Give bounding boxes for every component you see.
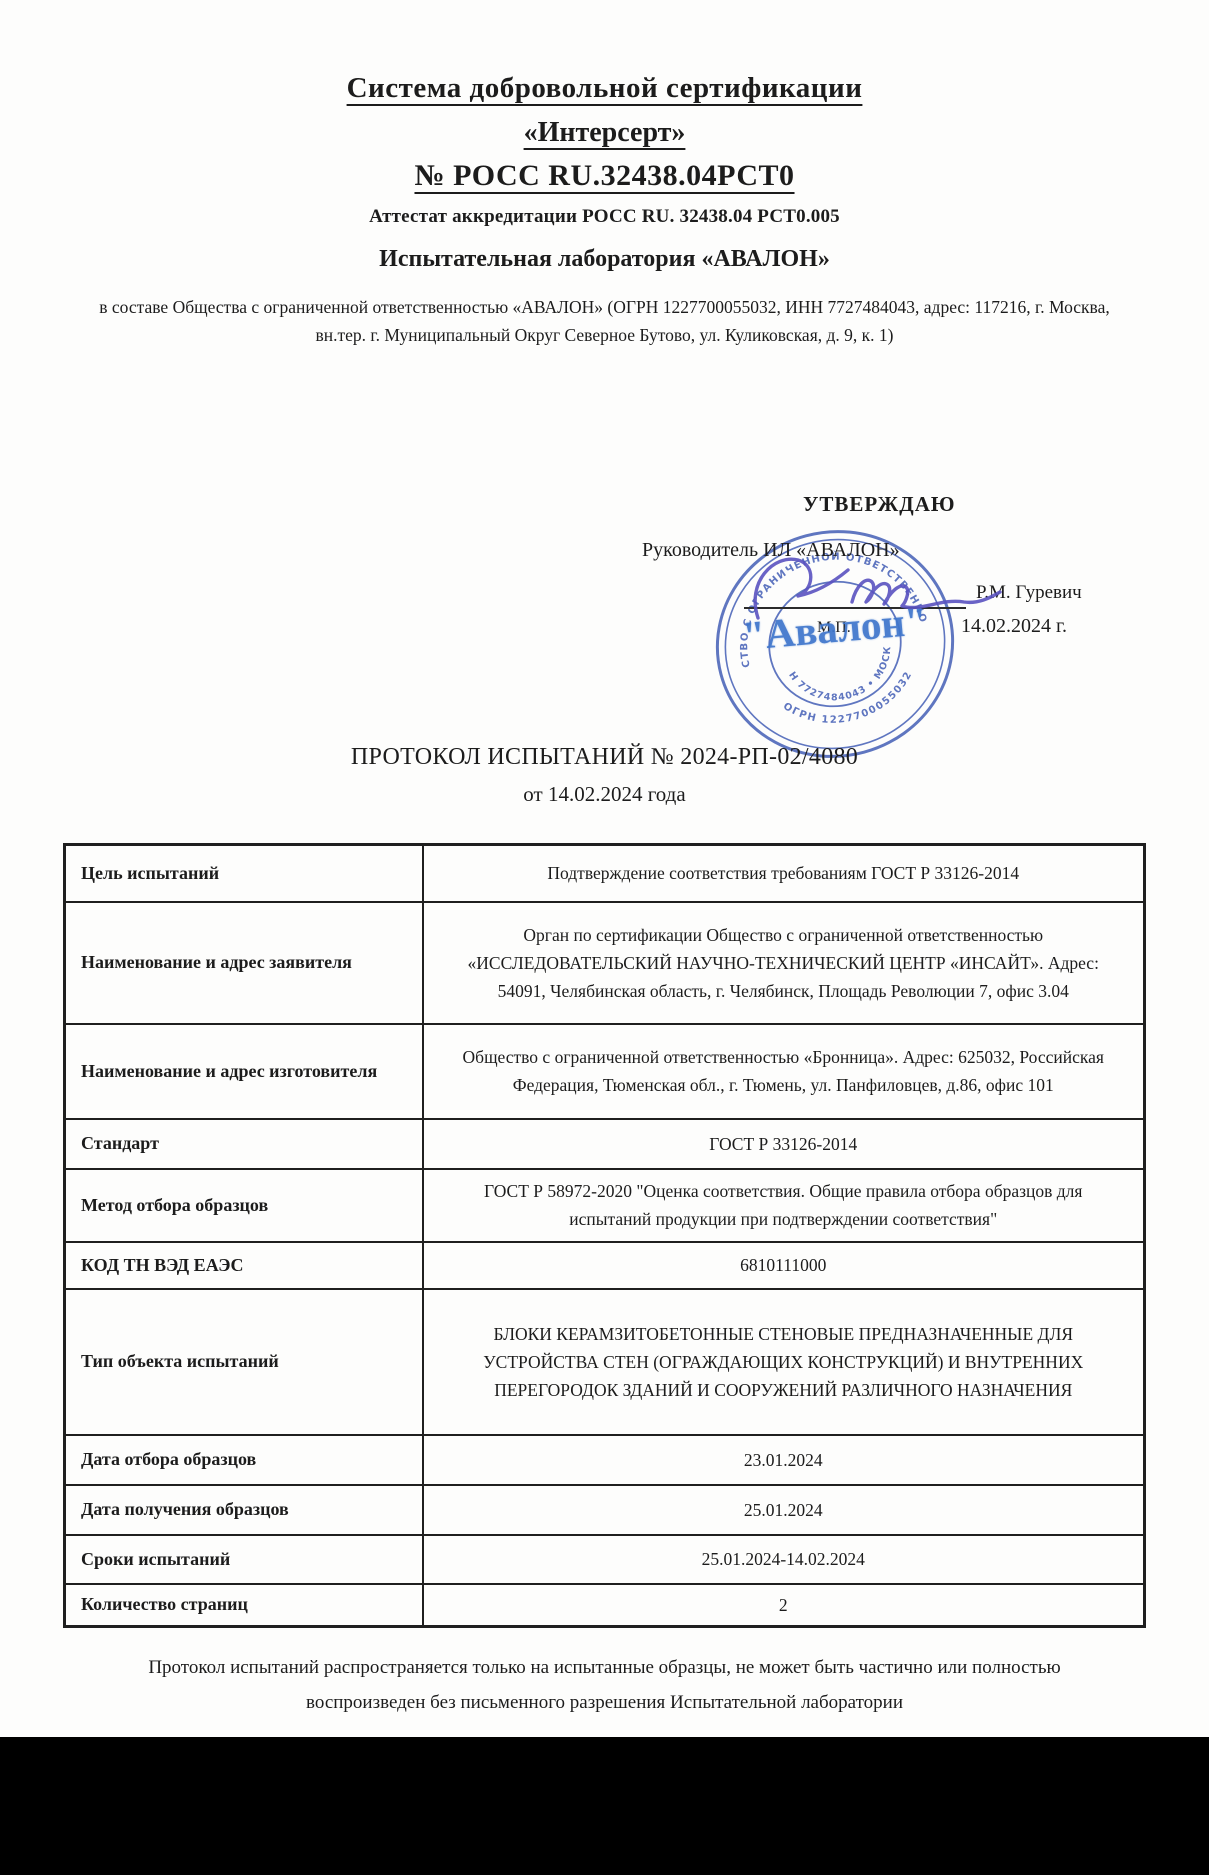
lab-details-paragraph: в составе Общества с ограниченной ответс…	[80, 293, 1129, 349]
cert-system-title-line2: «Интерсерт»	[0, 117, 1209, 149]
lab-title: Испытательная лаборатория «АВАЛОН»	[0, 246, 1209, 273]
sampling-method-value: ГОСТ Р 58972-2020 "Оценка соответствия. …	[423, 1169, 1145, 1242]
accreditation-line: Аттестат аккредитации РОСС RU. 32438.04 …	[0, 206, 1209, 228]
test-period-label: Сроки испытаний	[65, 1535, 423, 1584]
cert-system-title-line1: Система добровольной сертификации	[0, 72, 1209, 105]
table-row-manufacturer: Наименование и адрес изготовителя Общест…	[65, 1024, 1145, 1119]
table-row-applicant: Наименование и адрес заявителя Орган по …	[65, 902, 1145, 1024]
table-row-sampling-date: Дата отбора образцов 23.01.2024	[65, 1435, 1145, 1485]
table-row-tnved-code: КОД ТН ВЭД ЕАЭС 6810111000	[65, 1242, 1145, 1289]
cert-system-title-line1-text: Система добровольной сертификации	[347, 72, 863, 104]
tnved-code-value: 6810111000	[423, 1242, 1145, 1289]
manufacturer-value: Общество с ограниченной ответственностью…	[423, 1024, 1145, 1119]
protocol-title: ПРОТОКОЛ ИСПЫТАНИЙ № 2024-РП-02/4080	[0, 744, 1209, 771]
test-object-type-label: Тип объекта испытаний	[65, 1289, 423, 1435]
cert-system-number-text: № РОСС RU.32438.04РСТ0	[414, 159, 794, 192]
disclaimer-paragraph: Протокол испытаний распространяется толь…	[110, 1650, 1099, 1720]
protocol-details-table: Цель испытаний Подтверждение соответстви…	[63, 843, 1146, 1628]
applicant-label: Наименование и адрес заявителя	[65, 902, 423, 1024]
cert-system-number: № РОСС RU.32438.04РСТ0	[0, 159, 1209, 193]
sampling-method-label: Метод отбора образцов	[65, 1169, 423, 1242]
table-row-standard: Стандарт ГОСТ Р 33126-2014	[65, 1119, 1145, 1169]
table-row-test-object-type: Тип объекта испытаний БЛОКИ КЕРАМЗИТОБЕТ…	[65, 1289, 1145, 1435]
receipt-date-label: Дата получения образцов	[65, 1485, 423, 1535]
page-count-value: 2	[423, 1584, 1145, 1627]
receipt-date-value: 25.01.2024	[423, 1485, 1145, 1535]
test-object-type-value: БЛОКИ КЕРАМЗИТОБЕТОННЫЕ СТЕНОВЫЕ ПРЕДНАЗ…	[423, 1289, 1145, 1435]
table-row-sampling-method: Метод отбора образцов ГОСТ Р 58972-2020 …	[65, 1169, 1145, 1242]
test-purpose-label: Цель испытаний	[65, 845, 423, 902]
approve-label: УТВЕРЖДАЮ	[803, 492, 956, 517]
table-row-receipt-date: Дата получения образцов 25.01.2024	[65, 1485, 1145, 1535]
protocol-date-line: от 14.02.2024 года	[0, 782, 1209, 807]
table-row-page-count: Количество страниц 2	[65, 1584, 1145, 1627]
standard-label: Стандарт	[65, 1119, 423, 1169]
scan-black-bar	[0, 1737, 1209, 1875]
scanned-test-protocol-document: Система добровольной сертификации «Интер…	[0, 0, 1209, 1875]
applicant-value: Орган по сертификации Общество с огранич…	[423, 902, 1145, 1024]
tnved-code-label: КОД ТН ВЭД ЕАЭС	[65, 1242, 423, 1289]
manufacturer-label: Наименование и адрес изготовителя	[65, 1024, 423, 1119]
sampling-date-label: Дата отбора образцов	[65, 1435, 423, 1485]
page-count-label: Количество страниц	[65, 1584, 423, 1627]
standard-value: ГОСТ Р 33126-2014	[423, 1119, 1145, 1169]
table-row-test-purpose: Цель испытаний Подтверждение соответстви…	[65, 845, 1145, 902]
sampling-date-value: 23.01.2024	[423, 1435, 1145, 1485]
test-purpose-value: Подтверждение соответствия требованиям Г…	[423, 845, 1145, 902]
handwritten-signature-icon	[716, 540, 1046, 640]
table-row-test-period: Сроки испытаний 25.01.2024-14.02.2024	[65, 1535, 1145, 1584]
test-period-value: 25.01.2024-14.02.2024	[423, 1535, 1145, 1584]
cert-system-title-line2-text: «Интерсерт»	[524, 117, 686, 148]
